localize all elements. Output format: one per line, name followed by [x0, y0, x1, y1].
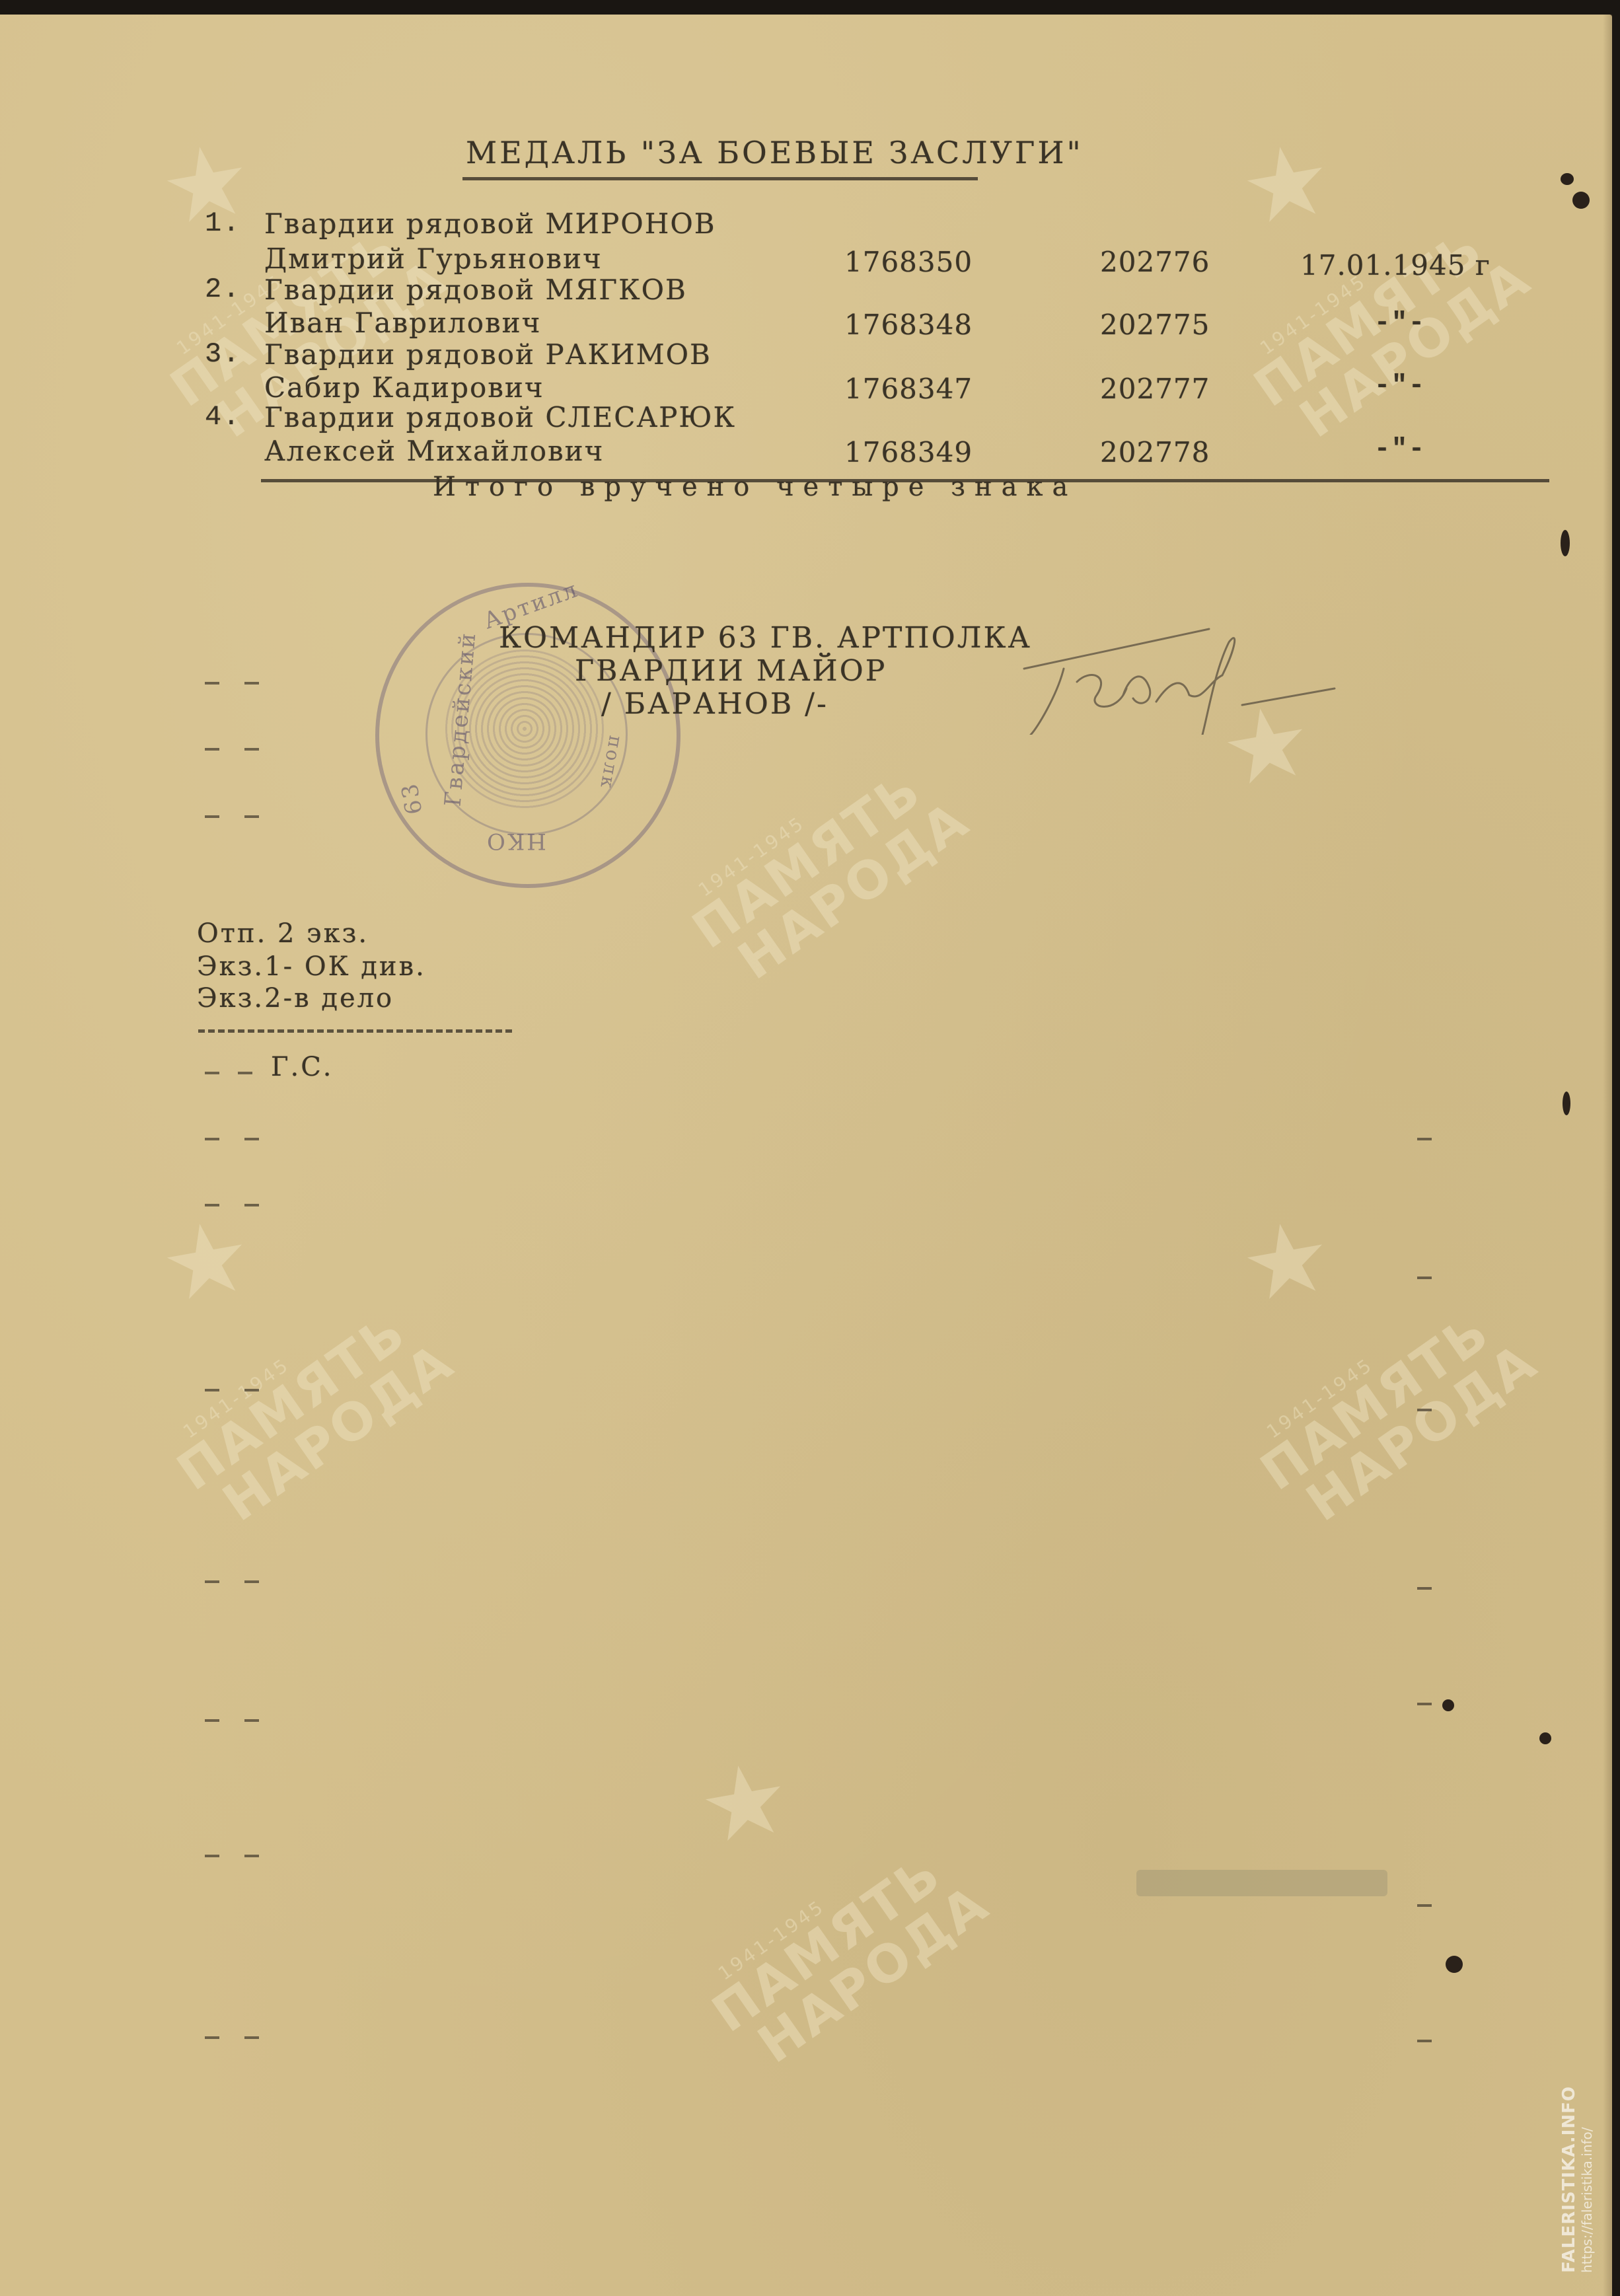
margin-dash	[238, 1072, 252, 1074]
star-watermark-icon: ★	[153, 1197, 260, 1326]
margin-dash	[244, 1855, 259, 1857]
recipient-name: Сабир Кадирович	[264, 371, 544, 404]
recipient-name: Иван Гаврилович	[264, 307, 541, 339]
separator-dashed-line	[198, 1029, 512, 1033]
margin-dash	[244, 748, 259, 751]
punch-hole	[1563, 1092, 1570, 1115]
recipient-rank: Гвардии рядовой СЛЕСАРЮК	[264, 401, 736, 433]
distribution-copy-2: Экз.2-в дело	[197, 983, 394, 1014]
margin-dash	[244, 1580, 259, 1583]
punch-hole	[1561, 173, 1574, 185]
faint-smudge	[1136, 1870, 1387, 1896]
total-line: Итого вручено четыре знака	[433, 472, 1077, 502]
certificate-number: 202775	[1100, 309, 1210, 341]
punch-hole	[1442, 1699, 1454, 1711]
recipient-rank: Гвардии рядовой РАКИМОВ	[264, 338, 712, 371]
margin-dash	[1417, 1138, 1432, 1140]
recipient-number: 3.	[205, 338, 240, 370]
award-date-ditto: -"-	[1374, 435, 1426, 464]
side-watermark: FALERISTIKA.INFO https://faleristika.inf…	[1559, 2086, 1595, 2273]
signature-position: КОМАНДИР 63 ГВ. АРТПОЛКА	[499, 621, 1032, 655]
margin-dash	[205, 1138, 219, 1140]
award-date: 17.01.1945 г	[1300, 249, 1491, 281]
star-watermark-icon: ★	[691, 1739, 799, 1868]
recipient-name: Дмитрий Гурьянович	[264, 242, 603, 275]
recipient-name: Алексей Михайлович	[264, 435, 604, 467]
recipient-number: 4.	[205, 401, 240, 433]
margin-dash	[205, 1389, 219, 1391]
recipient-rank: Гвардии рядовой МИРОНОВ	[264, 207, 716, 240]
star-watermark-icon: ★	[1233, 1197, 1341, 1326]
margin-dash	[205, 815, 219, 818]
stamp-text-number: 63	[396, 780, 428, 816]
title-underline	[462, 177, 978, 180]
handwritten-signature-icon	[1011, 603, 1434, 735]
award-date-ditto: -"-	[1374, 309, 1426, 338]
stamp-text-bottom: НКО	[485, 828, 546, 854]
punch-hole	[1561, 530, 1570, 556]
watermark-pamyat-naroda: 1941-1945 ПАМЯТЬ НАРОДА	[674, 736, 978, 1000]
margin-dash	[205, 1204, 219, 1206]
margin-dash	[244, 2036, 259, 2039]
recipient-number: 1.	[205, 207, 240, 239]
margin-dash	[244, 1389, 259, 1391]
margin-dash	[205, 1855, 219, 1857]
recipient-rank: Гвардии рядовой МЯГКОВ	[264, 274, 687, 306]
punch-hole	[1572, 192, 1590, 209]
margin-dash	[1417, 1409, 1432, 1411]
margin-dash	[205, 748, 219, 751]
margin-dash	[1417, 1904, 1432, 1907]
margin-dash	[1417, 1587, 1432, 1590]
medal-number: 1768347	[844, 373, 973, 405]
margin-dash	[244, 1204, 259, 1206]
margin-dash	[205, 1072, 219, 1074]
typist-initials: Г.С.	[271, 1052, 334, 1082]
medal-number: 1768350	[844, 246, 973, 278]
margin-dash	[1417, 1703, 1432, 1705]
medal-number: 1768348	[844, 309, 973, 341]
margin-dash	[244, 682, 259, 685]
page-edge-shadow	[1603, 15, 1612, 2296]
margin-dash	[244, 1719, 259, 1722]
signature-name: / БАРАНОВ /-	[601, 687, 828, 721]
margin-dash	[205, 1719, 219, 1722]
distribution-copy-1: Экз.1- ОК див.	[197, 951, 426, 982]
punch-hole	[1446, 1956, 1463, 1973]
distribution-copies: Отп. 2 экз.	[197, 918, 369, 949]
signature-rank: ГВАРДИИ МАЙОР	[575, 654, 887, 688]
certificate-number: 202777	[1100, 373, 1210, 405]
margin-dash	[1417, 2040, 1432, 2042]
margin-dash	[205, 2036, 219, 2039]
document-page: ★ 1941-1945 ПАМЯТЬ НАРОДА ★ 1941-1945 ПА…	[0, 15, 1612, 2296]
margin-dash	[205, 682, 219, 685]
certificate-number: 202776	[1100, 246, 1210, 278]
margin-dash	[1417, 1277, 1432, 1279]
punch-hole	[1539, 1732, 1551, 1744]
certificate-number: 202778	[1100, 436, 1210, 468]
margin-dash	[244, 1138, 259, 1140]
medal-number: 1768349	[844, 436, 973, 468]
award-date-ditto: -"-	[1374, 371, 1426, 401]
star-watermark-icon: ★	[1233, 120, 1341, 249]
margin-dash	[205, 1580, 219, 1583]
margin-dash	[244, 815, 259, 818]
document-title: МЕДАЛЬ "ЗА БОЕВЫЕ ЗАСЛУГИ"	[466, 135, 1084, 170]
recipient-number: 2.	[205, 274, 240, 305]
